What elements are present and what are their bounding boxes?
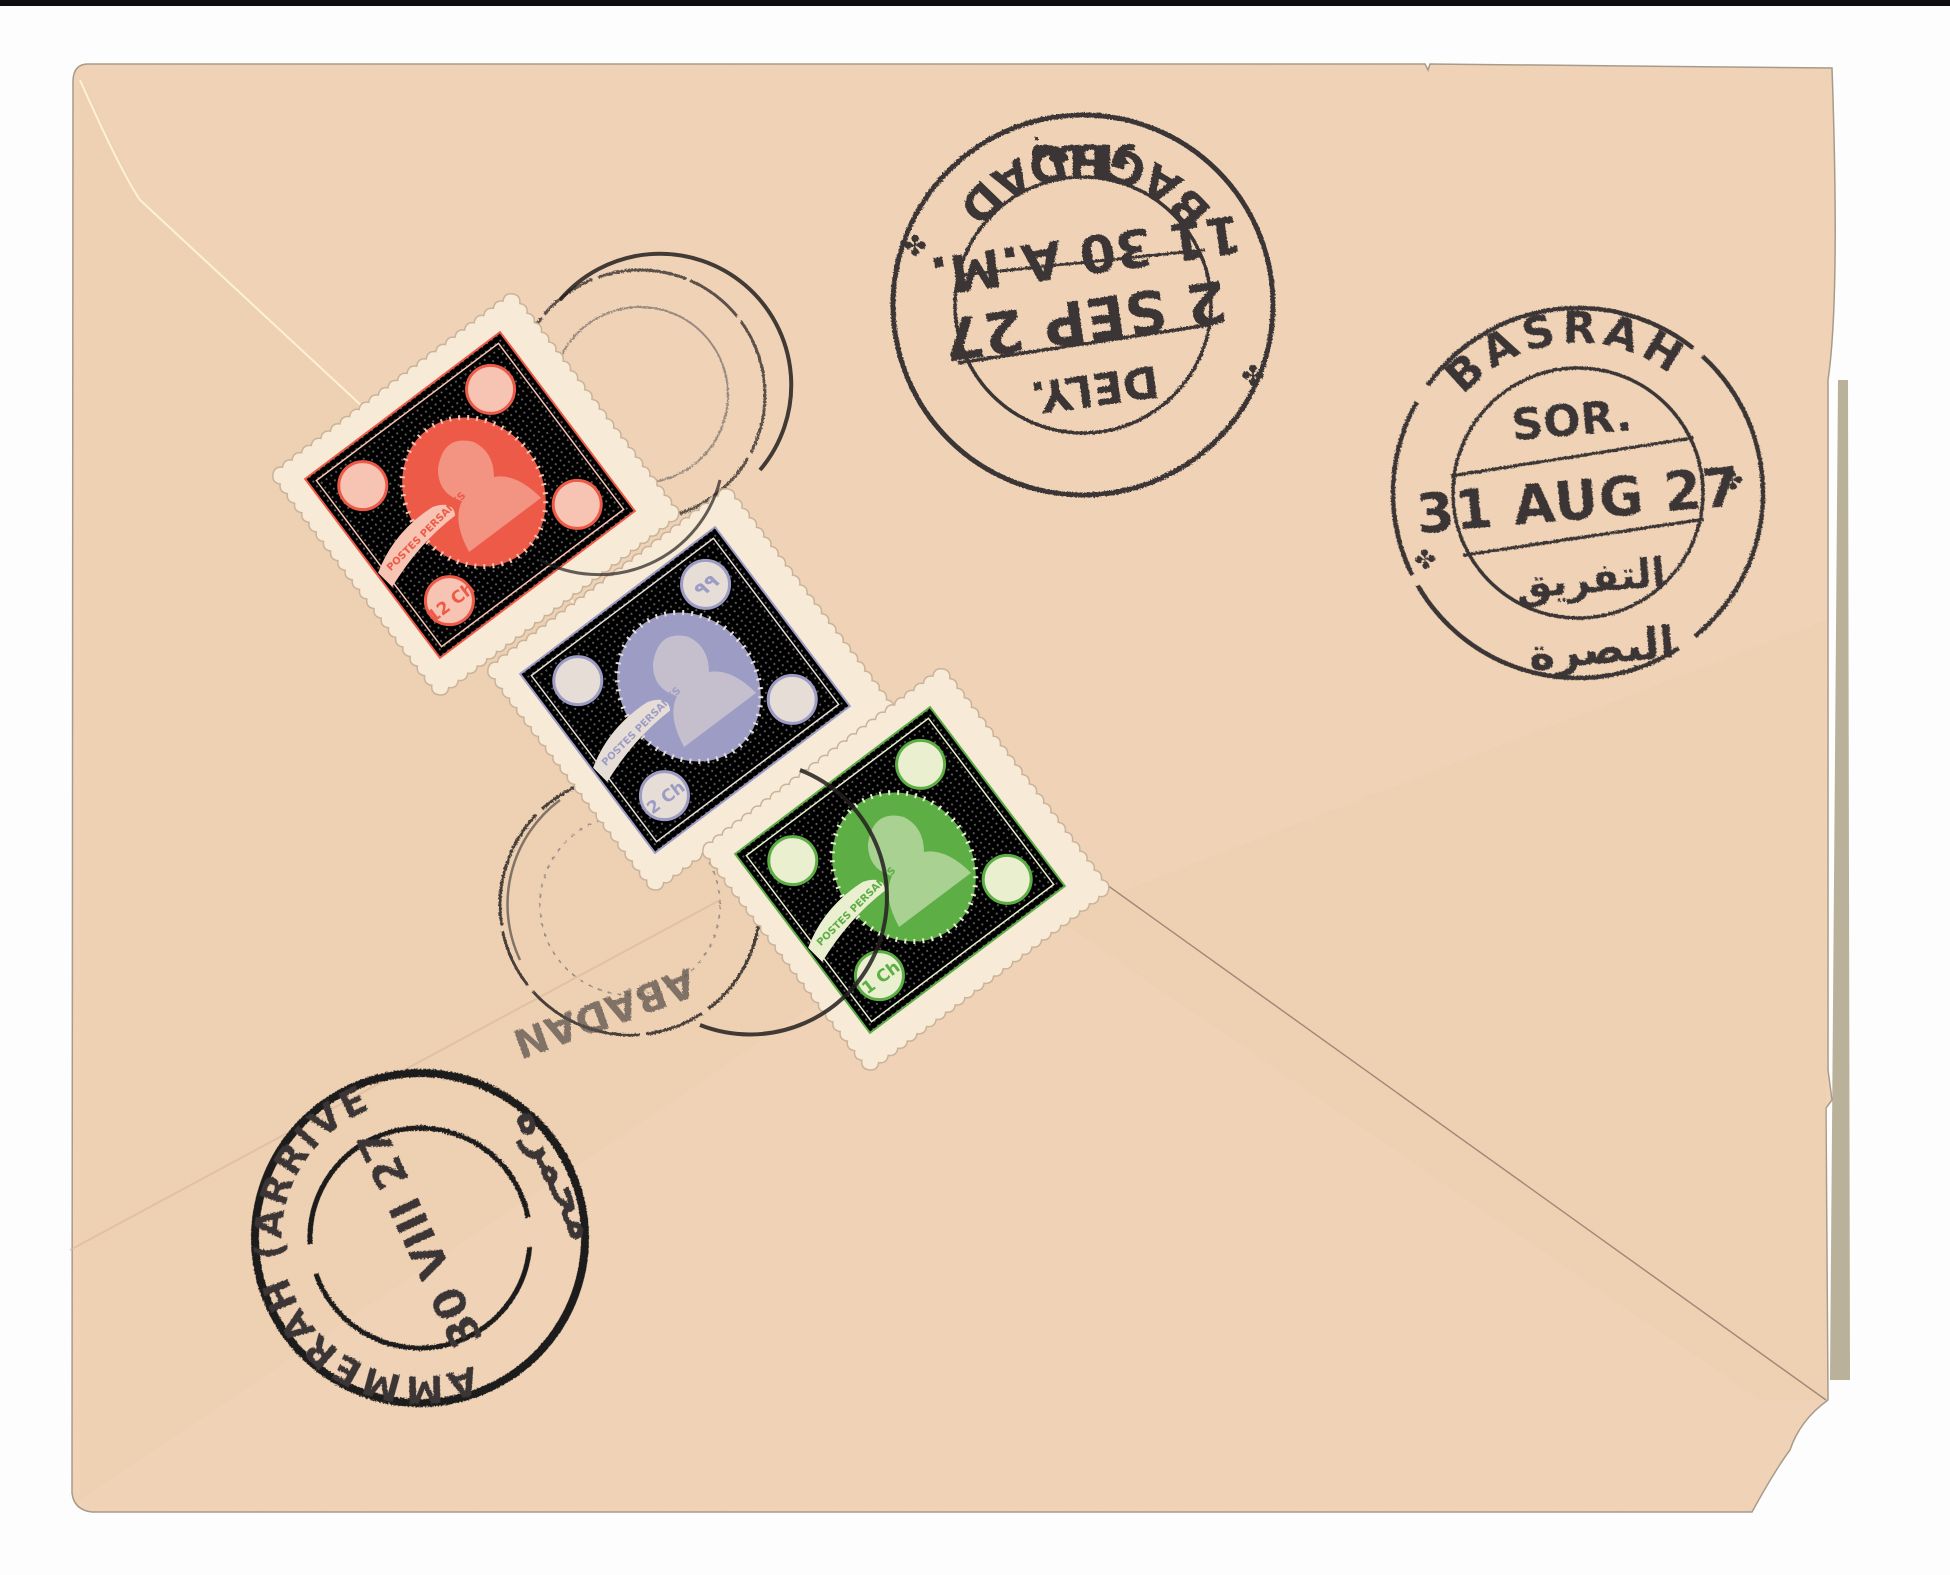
svg-text:✤: ✤ xyxy=(1720,466,1744,498)
backing-strip xyxy=(1830,380,1850,1380)
svg-text:✤: ✤ xyxy=(903,228,926,261)
svg-text:بغداد: بغداد xyxy=(1028,134,1137,188)
svg-text:SOR.: SOR. xyxy=(1509,390,1634,451)
svg-text:✤: ✤ xyxy=(1241,358,1264,391)
stamp-green xyxy=(710,670,1100,1060)
svg-text:✤: ✤ xyxy=(1413,545,1437,577)
